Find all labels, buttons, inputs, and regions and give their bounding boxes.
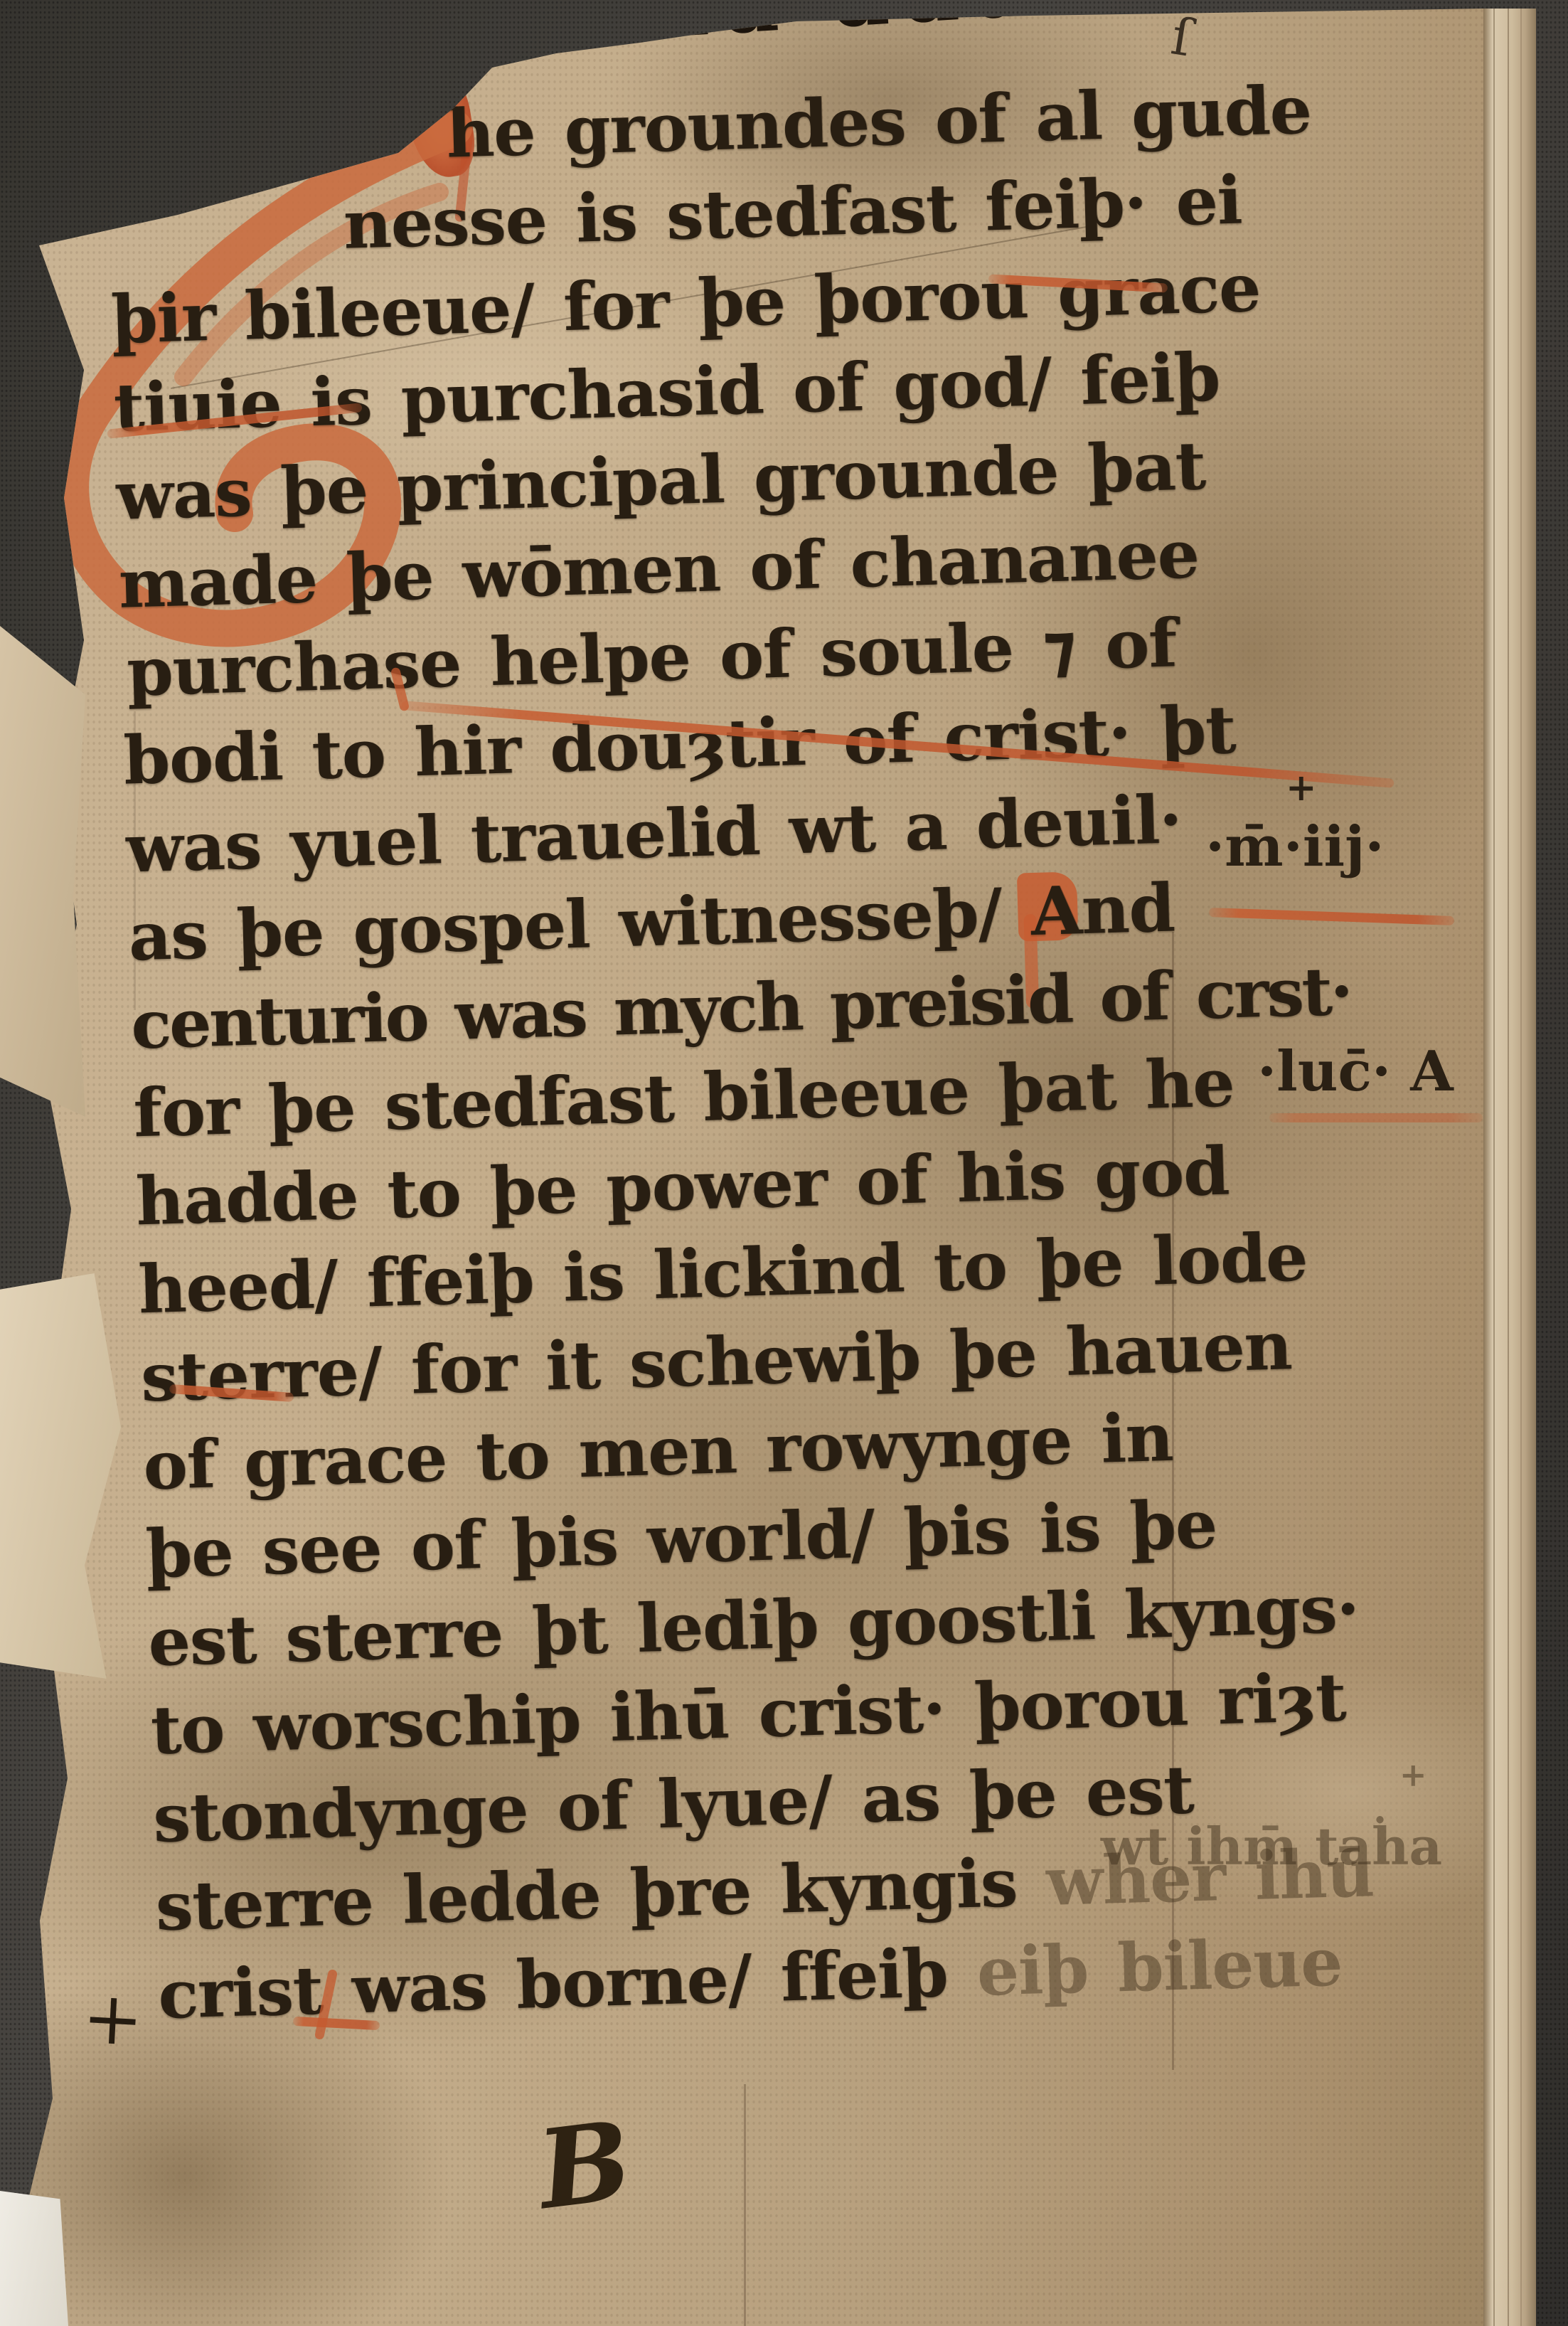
margin-note-matthew: ·m̄·iij· — [1205, 819, 1384, 875]
manuscript-photo: ıſı dd ddd ſ he groundes of al gude ness… — [0, 0, 1568, 2326]
text-block: he groundes of al gude nesse is stedfast… — [105, 67, 1340, 2039]
parchment-page: ıſı dd ddd ſ he groundes of al gude ness… — [0, 0, 1568, 2326]
book-fore-edge — [1483, 9, 1536, 2326]
page-edge-line — [1508, 9, 1509, 2326]
quire-signature-b: B — [533, 2106, 636, 2225]
folio-mark: ſ — [1168, 10, 1195, 63]
margin-note-luke: ·luc̄· A — [1257, 1044, 1454, 1100]
margin-note-faded: wt ihm̄ taḣa — [1101, 1821, 1442, 1872]
page-edge-line — [1493, 9, 1495, 2326]
red-underline-margin-note-2 — [1269, 1113, 1483, 1122]
torn-parchment-flap — [0, 626, 85, 1117]
white-paper-tab — [0, 2191, 68, 2326]
margin-cross-bottom: + — [80, 1982, 145, 2057]
cropped-header-fragment: ıſı dd ddd — [476, 0, 1131, 60]
page-edge-line — [1520, 9, 1522, 2326]
margin-cross-1: + — [1286, 770, 1317, 807]
margin-cross-2: + — [1399, 1758, 1427, 1791]
paraph-and-word: And — [1030, 869, 1175, 950]
vertical-crease-bottom — [744, 2084, 746, 2326]
